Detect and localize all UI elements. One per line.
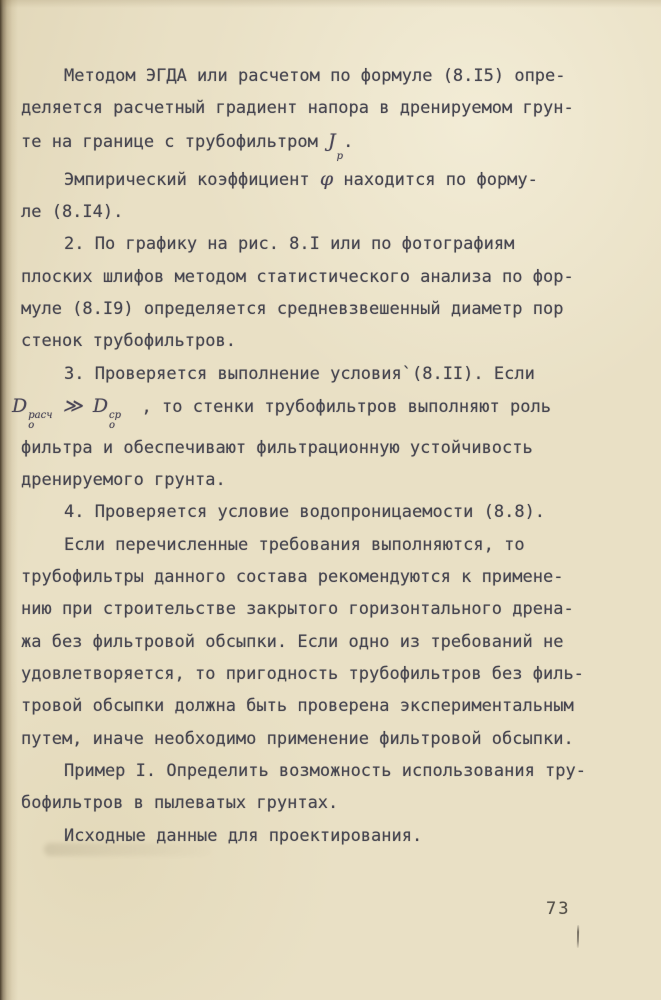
text-line: Методом ЭГДА или расчетом по формуле (8.… bbox=[21, 60, 611, 92]
math-symbol: φ bbox=[320, 170, 333, 190]
text-line: дренируемого грунта. bbox=[21, 464, 611, 496]
text-line: Если перечисленные требования выполняютс… bbox=[21, 529, 611, 561]
page-top-shadow bbox=[0, 0, 661, 8]
text-line: бофильтров в пылеватых грунтах. bbox=[21, 787, 611, 819]
text-line: ле (8.I4). bbox=[21, 196, 611, 228]
math-symbol: Jр bbox=[328, 132, 343, 152]
math-symbol: ≫ bbox=[63, 397, 83, 417]
text-line: удовлетворяется, то пригодность трубофил… bbox=[21, 658, 611, 690]
text-line: трубофильтры данного состава рекомендуют… bbox=[21, 561, 611, 593]
text-line: тровой обсыпки должна быть проверена экс… bbox=[21, 690, 611, 722]
math-symbol: Dсро bbox=[93, 397, 121, 417]
text-line: Dрасчо ≫ Dсро , то стенки трубофильтров … bbox=[12, 390, 611, 432]
text-line: деляется расчетный градиент напора в дре… bbox=[21, 92, 611, 124]
page-binding-shadow bbox=[0, 0, 18, 1000]
showthrough-smudge bbox=[44, 843, 212, 856]
text-line: путем, иначе необходимо применение фильт… bbox=[21, 723, 611, 755]
text-line: 3. Проверяется выполнение условия`(8.II)… bbox=[21, 358, 611, 390]
text-line: плоских шлифов методом статистического а… bbox=[21, 261, 611, 293]
text-line: Пример I. Определить возможность использ… bbox=[21, 755, 611, 787]
pen-mark bbox=[577, 925, 579, 948]
math-symbol: Dрасчо bbox=[12, 397, 52, 417]
text-line: жа без фильтровой обсыпки. Если одно из … bbox=[21, 626, 611, 658]
page-number: 73 bbox=[546, 899, 570, 919]
typewritten-text: Методом ЭГДА или расчетом по формуле (8.… bbox=[21, 60, 611, 852]
text-line: муле (8.I9) определяется средневзвешенны… bbox=[21, 293, 611, 325]
text-line: стенок трубофильтров. bbox=[21, 325, 611, 357]
text-line: 2. По графику на рис. 8.I или по фотогра… bbox=[21, 228, 611, 260]
text-line: те на границе с трубофильтром Jр. bbox=[21, 125, 611, 163]
text-line: нию при строительстве закрытого горизонт… bbox=[21, 593, 611, 625]
text-line: Эмпирический коэффициент φ находится по … bbox=[21, 163, 611, 196]
text-line: фильтра и обеспечивают фильтрационную ус… bbox=[21, 432, 611, 464]
scanned-page: Методом ЭГДА или расчетом по формуле (8.… bbox=[0, 0, 661, 1000]
text-line: 4. Проверяется условие водопроницаемости… bbox=[21, 496, 611, 528]
